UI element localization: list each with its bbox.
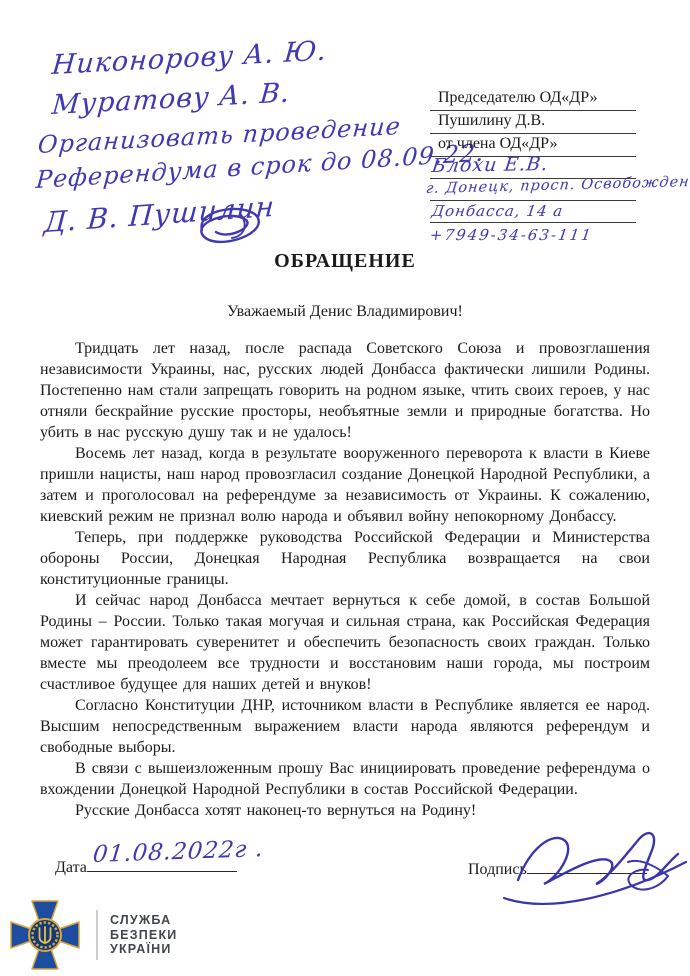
sender-phone-row: +7949-34-63-111 — [430, 223, 636, 245]
date-value: 01.08.2022г . — [92, 836, 266, 868]
date-underline: 01.08.2022г . — [87, 856, 237, 872]
letter-title: ОБРАЩЕНИЕ — [0, 250, 690, 273]
resolution-line-addressee-2: Муратову А. В. — [51, 77, 292, 121]
recipient-line-chairman: Председателю ОД«ДР» — [430, 88, 636, 111]
sender-address-line-2: Донбасса, 14 а — [431, 202, 565, 220]
scanned-letter-page: Никонорову А. Ю. Муратову А. В. Организо… — [0, 0, 690, 976]
sender-address-row-2: Донбасса, 14 а — [430, 201, 636, 223]
sbu-logo-divider — [96, 910, 98, 960]
date-row: Дата01.08.2022г . — [55, 856, 237, 877]
recipient-line-name: Пушилину Д.В. — [430, 111, 636, 134]
body-paragraph: Теперь, при поддержке руководства Россий… — [40, 527, 650, 590]
body-paragraph: Восемь лет назад, когда в результате воо… — [40, 443, 650, 527]
sbu-emblem-icon — [8, 898, 82, 972]
sender-address-row-1: г. Донецк, просп. Освобождение — [430, 179, 636, 201]
applicant-signature-icon — [500, 818, 690, 918]
letter-body: Тридцать лет назад, после распада Советс… — [40, 338, 650, 821]
sbu-wordmark-line: СЛУЖБА — [110, 913, 178, 928]
sbu-wordmark: СЛУЖБА БЕЗПЕКИ УКРАЇНИ — [110, 913, 178, 957]
sbu-logo: СЛУЖБА БЕЗПЕКИ УКРАЇНИ — [8, 896, 178, 974]
sbu-wordmark-line: УКРАЇНИ — [110, 942, 178, 957]
sbu-wordmark-line: БЕЗПЕКИ — [110, 928, 178, 943]
body-paragraph: Согласно Конституции ДНР, источником вла… — [40, 695, 650, 758]
date-label: Дата — [55, 859, 87, 876]
pushilin-signature-flourish-icon — [188, 200, 270, 256]
body-paragraph: Тридцать лет назад, после распада Советс… — [40, 338, 650, 443]
resolution-line-addressee-1: Никонорову А. Ю. — [51, 36, 329, 82]
salutation: Уважаемый Денис Владимирович! — [0, 303, 690, 321]
sender-phone: +7949-34-63-111 — [429, 226, 594, 244]
body-paragraph: В связи с вышеизложенным прошу Вас иници… — [40, 758, 650, 800]
body-paragraph: И сейчас народ Донбасса мечтает вернутьс… — [40, 590, 650, 695]
sender-name: Блохи Е.В. — [431, 153, 550, 177]
recipient-block: Председателю ОД«ДР» Пушилину Д.В. от чле… — [430, 88, 636, 245]
